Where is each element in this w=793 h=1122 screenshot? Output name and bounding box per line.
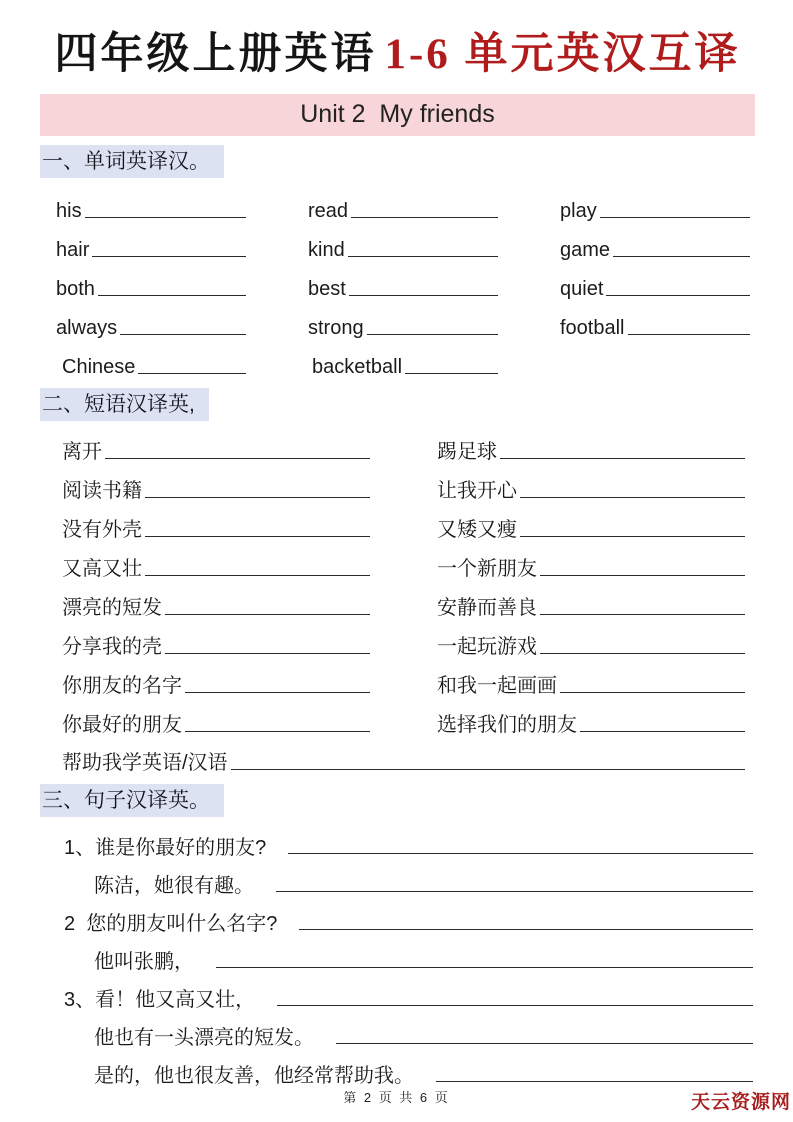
title-text-black: 四年级上册英语 (54, 31, 376, 78)
phrase-item: 你朋友的名字 (62, 659, 372, 698)
word-item-empty (560, 340, 752, 379)
blank-line (606, 295, 750, 296)
blank-line (85, 217, 246, 218)
blank-line (105, 458, 370, 459)
phrase-label: 你最好的朋友 (62, 708, 182, 737)
blank-line (145, 536, 370, 537)
word-item: backetball (308, 340, 500, 379)
word-item: always (56, 301, 248, 340)
blank-line (276, 891, 753, 892)
blank-line (288, 853, 753, 854)
blank-line (138, 373, 246, 374)
blank-line (145, 575, 370, 576)
phrase-row: 漂亮的短发 安静而善良 (62, 581, 755, 620)
word-label: quiet (560, 278, 603, 301)
phrase-label: 一起玩游戏 (437, 630, 537, 659)
sentence-label: 是的，他也很友善，他经常帮助我。 (94, 1059, 414, 1088)
phrase-label: 你朋友的名字 (62, 669, 182, 698)
phrase-item: 你最好的朋友 (62, 698, 372, 737)
phrase-item: 又矮又瘦 (437, 503, 747, 542)
blank-line (613, 256, 750, 257)
word-label: read (308, 200, 348, 223)
word-label: game (560, 239, 610, 262)
blank-line (165, 653, 370, 654)
blank-line (348, 256, 498, 257)
phrase-item: 漂亮的短发 (62, 581, 372, 620)
blank-line (277, 1005, 753, 1006)
sentences-list: 1、谁是你最好的朋友? 陈洁，她很有趣。 2 您的朋友叫什么名字? 他叫张鹏， … (40, 822, 755, 1088)
phrase-row: 分享我的壳 一起玩游戏 (62, 620, 755, 659)
word-label: strong (308, 317, 364, 340)
page-number: 第 2 页 共 6 页 (0, 1087, 793, 1106)
blank-line (436, 1081, 753, 1082)
sentence-item: 他也有一头漂亮的短发。 (94, 1012, 755, 1050)
blank-line (540, 575, 745, 576)
word-label: always (56, 317, 117, 340)
blank-line (600, 217, 750, 218)
blank-line (560, 692, 745, 693)
sentence-label: 他也有一头漂亮的短发。 (94, 1021, 314, 1050)
word-label: best (308, 278, 346, 301)
section-heading-sentences: 三、句子汉译英。 (40, 784, 224, 817)
sentence-label: 他叫张鹏， (94, 945, 194, 974)
section-heading-words: 一、单词英译汉。 (40, 145, 224, 178)
word-label: football (560, 317, 625, 340)
word-item: play (560, 184, 752, 223)
phrase-label: 又矮又瘦 (437, 513, 517, 542)
word-item: strong (308, 301, 500, 340)
phrase-label: 漂亮的短发 (62, 591, 162, 620)
phrase-item: 没有外壳 (62, 503, 372, 542)
section-sentences: 三、句子汉译英。 (40, 775, 755, 817)
blank-line (120, 334, 246, 335)
blank-line (216, 967, 753, 968)
word-item: Chinese (56, 340, 248, 379)
blank-line (349, 295, 498, 296)
word-label: Chinese (62, 356, 135, 379)
title-text-red: 1-6 单元英汉互译 (384, 31, 740, 78)
word-item: his (56, 184, 248, 223)
word-label: kind (308, 239, 345, 262)
blank-line (520, 536, 745, 537)
phrase-row: 你最好的朋友 选择我们的朋友 (62, 698, 755, 737)
unit-banner-label: Unit 2 My friends (300, 100, 495, 128)
word-item: kind (308, 223, 500, 262)
phrase-label: 选择我们的朋友 (437, 708, 577, 737)
blank-line (185, 731, 370, 732)
phrase-label: 没有外壳 (62, 513, 142, 542)
word-label: both (56, 278, 95, 301)
blank-line (628, 334, 751, 335)
page-title: 四年级上册英语1-6 单元英汉互译 (40, 18, 755, 82)
word-item: both (56, 262, 248, 301)
word-item: hair (56, 223, 248, 262)
sentence-item: 他叫张鹏， (94, 936, 755, 974)
sentence-item: 1、谁是你最好的朋友? (64, 822, 755, 860)
phrase-item: 选择我们的朋友 (437, 698, 747, 737)
phrases-grid: 离开 踢足球 阅读书籍 让我开心 没有外壳 又矮又瘦 又高又壮 一个新朋友 漂亮… (62, 425, 755, 775)
phrase-row: 阅读书籍 让我开心 (62, 464, 755, 503)
section-phrases: 二、短语汉译英, (40, 379, 755, 421)
word-item: best (308, 262, 500, 301)
sentence-item: 2 您的朋友叫什么名字? (64, 898, 755, 936)
sentence-label: 2 您的朋友叫什么名字? (64, 907, 277, 936)
sentence-item: 是的，他也很友善，他经常帮助我。 (94, 1050, 755, 1088)
phrase-label: 踢足球 (437, 435, 497, 464)
phrase-item: 离开 (62, 425, 372, 464)
worksheet-page: 四年级上册英语1-6 单元英汉互译 Unit 2 My friends 一、单词… (0, 0, 793, 1122)
phrase-label: 和我一起画画 (437, 669, 557, 698)
phrase-row: 离开 踢足球 (62, 425, 755, 464)
phrase-item: 安静而善良 (437, 581, 747, 620)
blank-line (336, 1043, 753, 1044)
blank-line (540, 614, 745, 615)
site-watermark: 天云资源网 (691, 1087, 791, 1114)
sentence-label: 3、看！他又高又壮， (64, 983, 255, 1012)
blank-line (165, 614, 370, 615)
word-item: football (560, 301, 752, 340)
phrase-item-full: 帮助我学英语/汉语 (62, 737, 747, 775)
phrase-item: 让我开心 (437, 464, 747, 503)
words-grid: his read play hair kind game both best q… (56, 184, 755, 379)
blank-line (500, 458, 745, 459)
word-label: backetball (312, 356, 402, 379)
sentence-label: 陈洁，她很有趣。 (94, 869, 254, 898)
blank-line (540, 653, 745, 654)
unit-banner: Unit 2 My friends (40, 94, 755, 136)
word-label: play (560, 200, 597, 223)
word-item: read (308, 184, 500, 223)
blank-line (145, 497, 370, 498)
phrase-item: 一起玩游戏 (437, 620, 747, 659)
blank-line (299, 929, 753, 930)
blank-line (231, 769, 745, 770)
word-label: hair (56, 239, 89, 262)
phrase-label: 又高又壮 (62, 552, 142, 581)
word-label: his (56, 200, 82, 223)
phrase-label: 帮助我学英语/汉语 (62, 746, 228, 775)
phrase-row: 又高又壮 一个新朋友 (62, 542, 755, 581)
phrase-label: 分享我的壳 (62, 630, 162, 659)
blank-line (185, 692, 370, 693)
sentence-label: 1、谁是你最好的朋友? (64, 831, 266, 860)
phrase-label: 让我开心 (437, 474, 517, 503)
phrase-label: 离开 (62, 435, 102, 464)
blank-line (367, 334, 498, 335)
phrase-item: 阅读书籍 (62, 464, 372, 503)
phrase-item: 踢足球 (437, 425, 747, 464)
blank-line (580, 731, 745, 732)
sentence-item: 3、看！他又高又壮， (64, 974, 755, 1012)
phrase-item: 分享我的壳 (62, 620, 372, 659)
word-item: quiet (560, 262, 752, 301)
phrase-item: 又高又壮 (62, 542, 372, 581)
phrase-row: 没有外壳 又矮又瘦 (62, 503, 755, 542)
section-words: 一、单词英译汉。 (40, 136, 755, 178)
phrase-label: 一个新朋友 (437, 552, 537, 581)
blank-line (98, 295, 246, 296)
blank-line (520, 497, 745, 498)
worksheet-content: 四年级上册英语1-6 单元英汉互译 Unit 2 My friends 一、单词… (0, 0, 793, 1088)
phrase-label: 安静而善良 (437, 591, 537, 620)
sentence-item: 陈洁，她很有趣。 (94, 860, 755, 898)
blank-line (92, 256, 246, 257)
blank-line (405, 373, 498, 374)
section-heading-phrases: 二、短语汉译英, (40, 388, 209, 421)
phrase-item: 和我一起画画 (437, 659, 747, 698)
word-item: game (560, 223, 752, 262)
blank-line (351, 217, 498, 218)
phrase-label: 阅读书籍 (62, 474, 142, 503)
phrase-item: 一个新朋友 (437, 542, 747, 581)
phrase-row: 你朋友的名字 和我一起画画 (62, 659, 755, 698)
